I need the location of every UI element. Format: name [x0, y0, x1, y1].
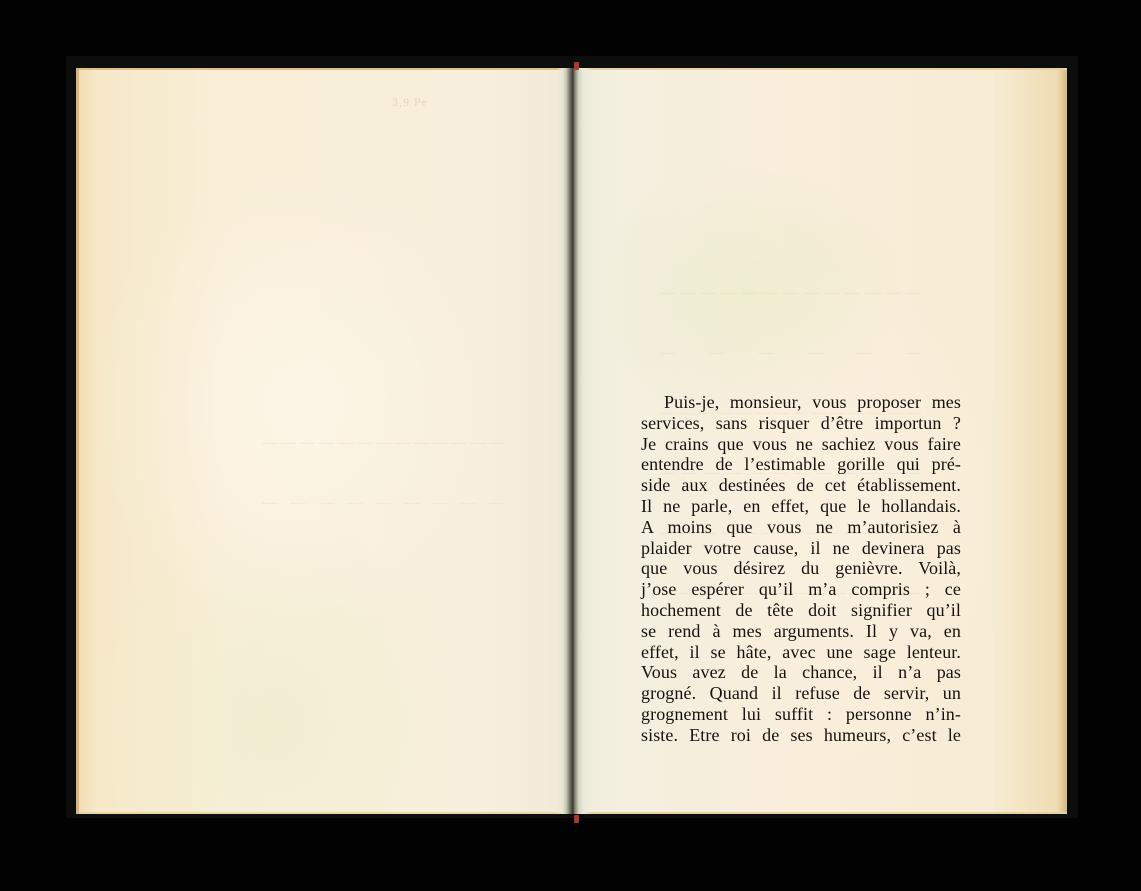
text-line: A moins que vous ne m’autorisiez à	[641, 517, 961, 538]
text-line: grogné. Quand il refuse de servir, un	[641, 683, 961, 704]
body-paragraph: Puis-je, monsieur, vous proposer mes ser…	[641, 392, 961, 746]
text-line: Puis-je, monsieur, vous proposer mes	[641, 392, 961, 413]
headband-bottom	[574, 815, 579, 823]
text-line: que vous désirez du genièvre. Voilà,	[641, 558, 961, 579]
text-line: side aux destinées de cet établissement.	[641, 475, 961, 496]
book-spread-photo: 3,9 Pe — — — — — — — — — — — — — — — — —…	[0, 0, 1141, 891]
text-line: Il ne parle, en effet, que le hollandais…	[641, 496, 961, 517]
text-line: Je crains que vous ne sachiez vous faire	[641, 434, 961, 455]
text-line: siste. Etre roi de ses humeurs, c’est le	[641, 725, 961, 746]
left-page	[76, 68, 570, 814]
text-line: se rend à mes arguments. Il y va, en	[641, 621, 961, 642]
text-line: entendre de l’estimable gorille qui pré-	[641, 454, 961, 475]
text-line: j’ose espérer qu’il m’a compris ; ce	[641, 579, 961, 600]
text-line: effet, il se hâte, avec une sage lenteur…	[641, 642, 961, 663]
text-line: services, sans risquer d’être importun ?	[641, 413, 961, 434]
text-line: plaider votre cause, il ne devinera pas	[641, 538, 961, 559]
pencil-mark: 3,9 Pe	[392, 95, 428, 110]
text-line: hochement de tête doit signifier qu’il	[641, 600, 961, 621]
book-spine-gutter	[556, 68, 592, 814]
text-line: Vous avez de la chance, il n’a pas	[641, 662, 961, 683]
text-line: grognement lui suffit : personne n’in-	[641, 704, 961, 725]
headband-top	[574, 62, 579, 70]
